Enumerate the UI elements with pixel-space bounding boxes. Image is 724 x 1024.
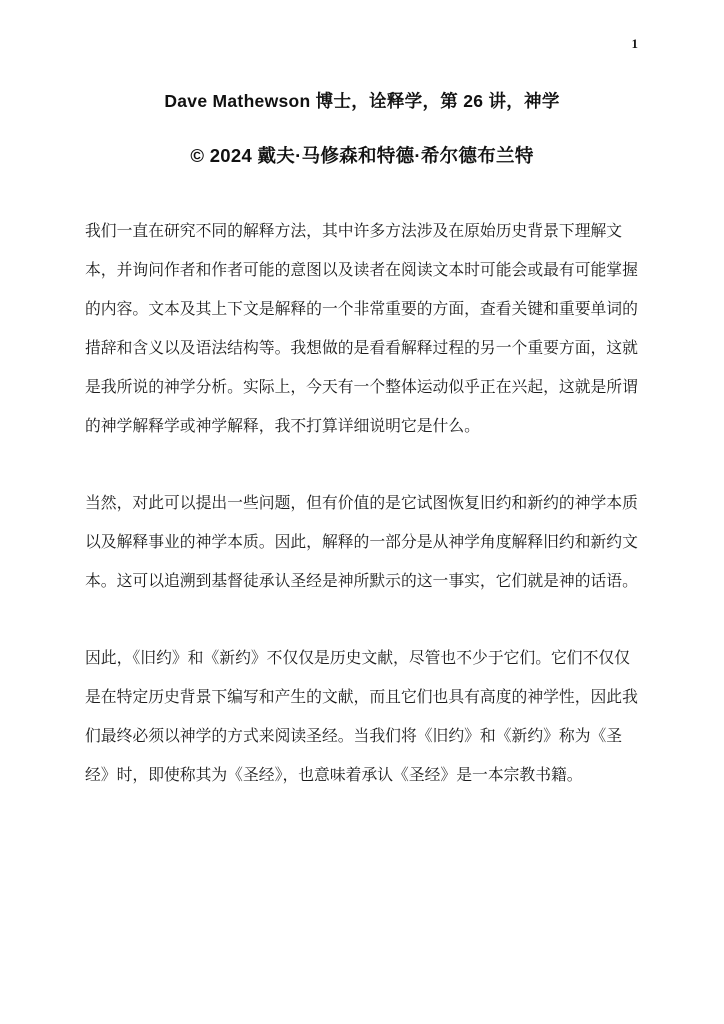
paragraph: 当然，对此可以提出一些问题，但有价值的是它试图恢复旧约和新约的神学本质以及解释事… [85,484,642,601]
document-title: Dave Mathewson 博士，诠释学，第 26 讲，神学 [0,88,724,113]
document-page: 1 Dave Mathewson 博士，诠释学，第 26 讲，神学 © 2024… [0,0,724,1024]
paragraph: 我们一直在研究不同的解释方法，其中许多方法涉及在原始历史背景下理解文本，并询问作… [85,212,642,446]
document-header: Dave Mathewson 博士，诠释学，第 26 讲，神学 © 2024 戴… [0,0,724,168]
page-number: 1 [632,36,639,52]
document-body: 我们一直在研究不同的解释方法，其中许多方法涉及在原始历史背景下理解文本，并询问作… [85,212,642,795]
paragraph: 因此，《旧约》和《新约》不仅仅是历史文献，尽管也不少于它们。它们不仅仅是在特定历… [85,639,642,795]
copyright-line: © 2024 戴夫·马修森和特德·希尔德布兰特 [0,142,724,168]
